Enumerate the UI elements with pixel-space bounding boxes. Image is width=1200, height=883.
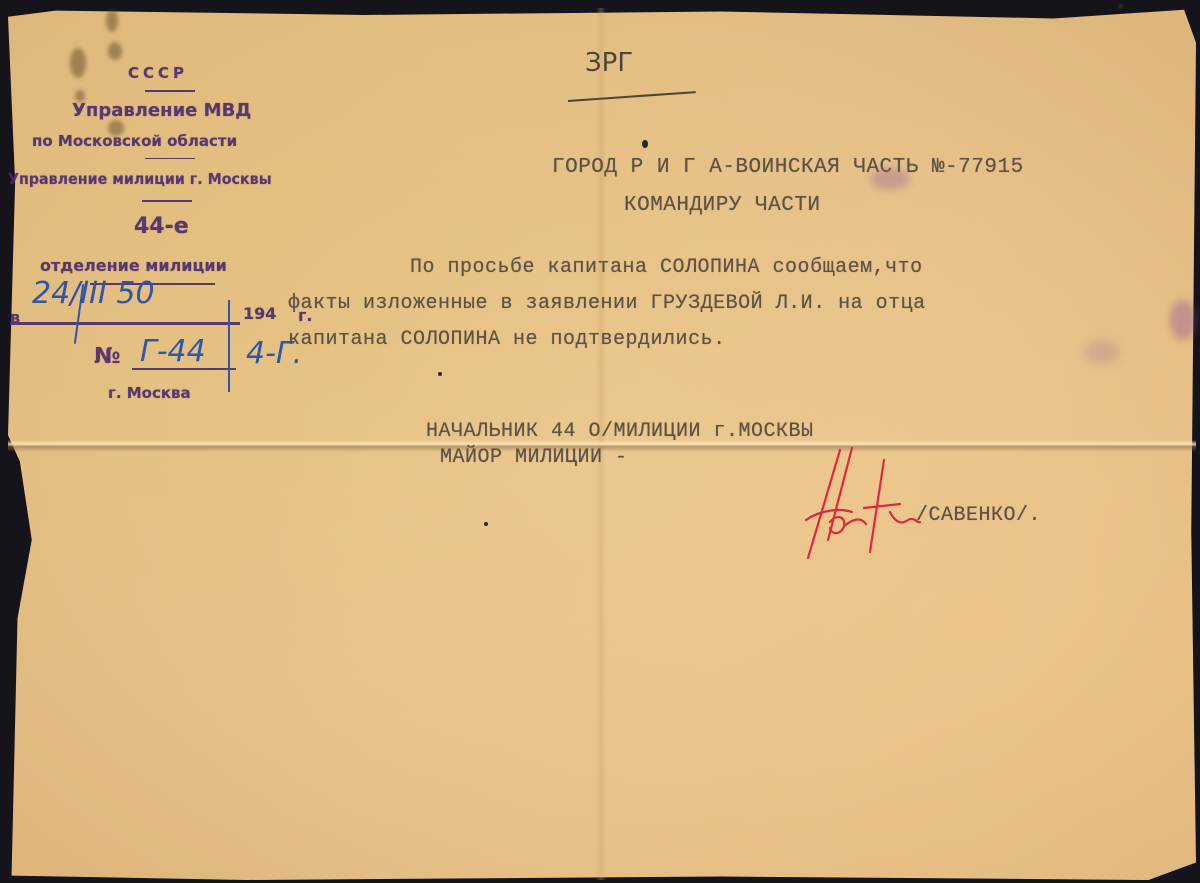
ink-dot — [484, 522, 488, 526]
stamp-rule — [145, 90, 195, 92]
stamp-line3: Управление милиции г. Москвы — [8, 170, 272, 188]
body-line3: капитана СОЛОПИНА не подтвердились. — [288, 328, 726, 351]
handwritten-number: Г-44 — [140, 334, 206, 369]
signatory-name: /САВЕНКО/. — [916, 504, 1041, 527]
stamp-rule — [145, 158, 195, 159]
stamp-line4: отделение милиции — [40, 256, 227, 275]
addressee-line2: КОМАНДИРУ ЧАСТИ — [624, 194, 821, 217]
stamp-line1: Управление МВД — [72, 100, 251, 121]
body-line2: факты изложенные в заявлении ГРУЗДЕВОЙ Л… — [288, 292, 926, 315]
ink-dot — [1118, 4, 1123, 9]
stamp-date-line — [10, 322, 240, 325]
addressee-line1: ГОРОД Р И Г А-ВОИНСКАЯ ЧАСТЬ №-77915 — [552, 156, 1024, 179]
ink-smudge — [1170, 300, 1196, 340]
body-line1: По просьбе капитана СОЛОПИНА сообщаем,чт… — [410, 256, 923, 279]
ink-dot — [642, 140, 648, 148]
stamp-number-prefix: № — [94, 344, 120, 369]
handwritten-signature — [800, 440, 930, 570]
stamp-year: 194 — [243, 304, 276, 323]
signatory-title2: МАЙОР МИЛИЦИИ - — [440, 446, 628, 469]
stamp-country: СССР — [128, 64, 188, 82]
stain-mark — [106, 10, 118, 32]
stain-mark — [70, 48, 86, 78]
corner-note: ЗРГ — [585, 48, 633, 78]
ink-smudge — [870, 168, 910, 190]
ink-stroke — [228, 300, 230, 392]
ink-smudge — [1085, 340, 1119, 364]
ink-dot — [438, 372, 442, 376]
stamp-line2: по Московской области — [32, 132, 237, 150]
signatory-title1: НАЧАЛЬНИК 44 О/МИЛИЦИИ г.МОСКВЫ — [426, 420, 814, 443]
stain-mark — [108, 42, 122, 60]
handwritten-date: 24/ІІІ 50 — [32, 276, 155, 311]
stamp-rule — [142, 200, 192, 202]
stamp-number: 44-е — [134, 214, 189, 239]
stamp-city: г. Москва — [108, 384, 191, 402]
